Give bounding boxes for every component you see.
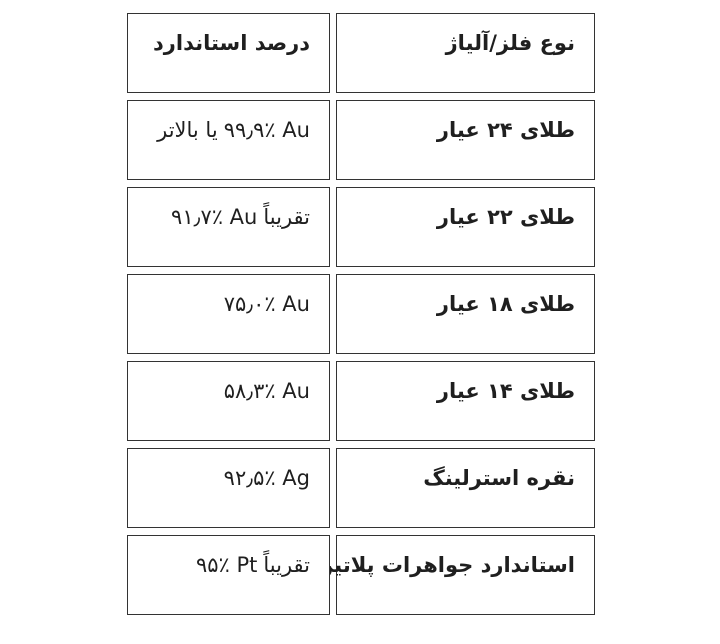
metal-name: استاندارد جواهرات پلاتین: [315, 552, 575, 579]
metal-cell: طلای ۱۴ عیار: [336, 361, 595, 441]
metal-cell: طلای ۲۲ عیار: [336, 187, 595, 267]
metal-cell: نقره استرلینگ: [336, 448, 595, 528]
header-cell-standard-percent: درصد استاندارد: [127, 13, 330, 93]
standard-value-cell: ۹۲٫۵٪ Ag: [127, 448, 330, 528]
standard-value-cell: تقریباً۹۵٪ Pt: [127, 535, 330, 615]
metal-cell: طلای ۲۴ عیار: [336, 100, 595, 180]
metal-name: طلای ۱۴ عیار: [437, 378, 575, 405]
metal-standards-table: نوع فلز/آلیاژ درصد استاندارد طلای ۲۴ عیا…: [127, 13, 595, 615]
header-cell-metal-type: نوع فلز/آلیاژ: [336, 13, 595, 93]
percent-value: ۹۵٪ Pt: [196, 552, 257, 579]
metal-cell: طلای ۱۸ عیار: [336, 274, 595, 354]
metal-cell: استاندارد جواهرات پلاتین: [336, 535, 595, 615]
standard-value-cell: ۷۵٫۰٪ Au: [127, 274, 330, 354]
metal-name: طلای ۱۸ عیار: [437, 291, 575, 318]
header-metal-type-label: نوع فلز/آلیاژ: [446, 30, 575, 57]
value-suffix: یا بالاتر: [157, 117, 218, 144]
metal-name: طلای ۲۲ عیار: [437, 204, 575, 231]
value-prefix: تقریباً: [263, 552, 310, 579]
percent-value: ۹۹٫۹٪ Au: [224, 117, 310, 144]
metal-name: نقره استرلینگ: [423, 465, 575, 492]
header-standard-percent-label: درصد استاندارد: [153, 30, 310, 57]
standard-value-cell: ۵۸٫۳٪ Au: [127, 361, 330, 441]
standard-value-cell: ۹۹٫۹٪ Auیا بالاتر: [127, 100, 330, 180]
percent-value: ۹۲٫۵٪ Ag: [224, 465, 310, 492]
percent-value: ۷۵٫۰٪ Au: [224, 291, 310, 318]
percent-value: ۹۱٫۷٪ Au: [171, 204, 257, 231]
value-prefix: تقریباً: [263, 204, 310, 231]
standard-value-cell: تقریباً۹۱٫۷٪ Au: [127, 187, 330, 267]
percent-value: ۵۸٫۳٪ Au: [224, 378, 310, 405]
metal-name: طلای ۲۴ عیار: [437, 117, 575, 144]
